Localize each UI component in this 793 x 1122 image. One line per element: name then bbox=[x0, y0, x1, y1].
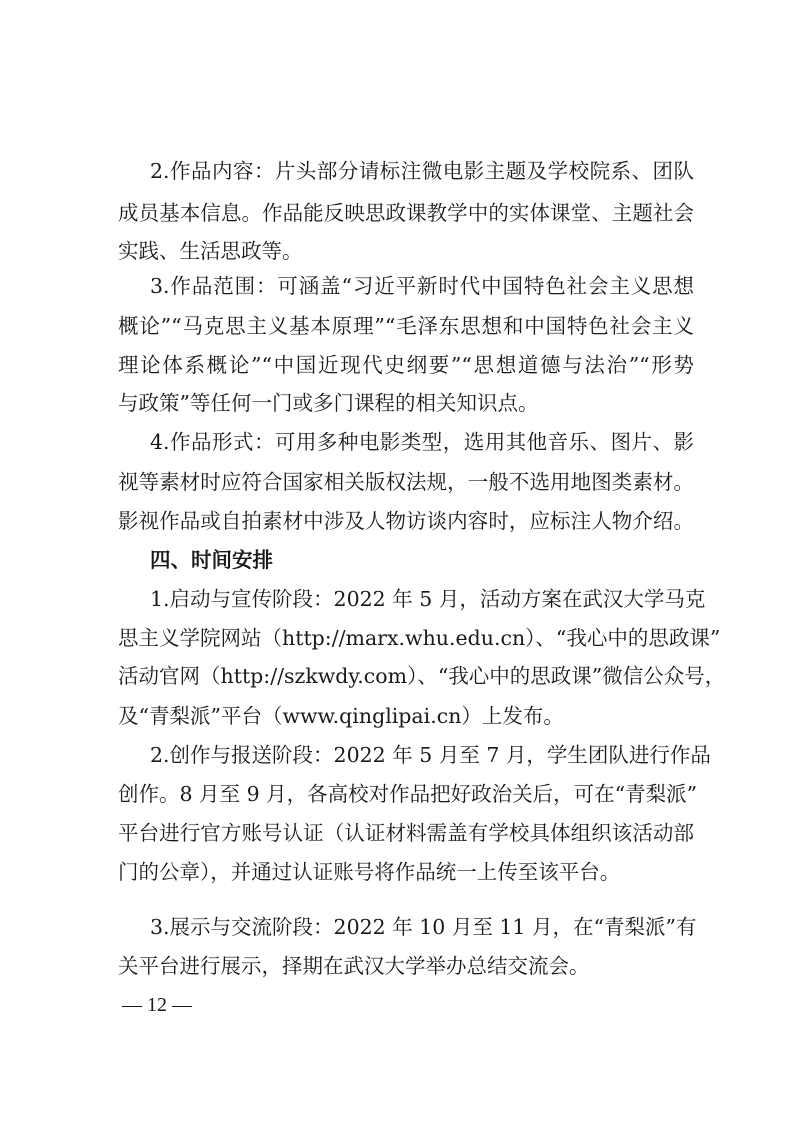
text-line: 3.展示与交流阶段：2022 年 10 月至 11 月，在“青梨派”有 bbox=[150, 914, 694, 940]
text-line: 创作。8 月至 9 月，各高校对作品把好政治关后，可在“青梨派” bbox=[118, 781, 694, 807]
text-line: 2.创作与报送阶段：2022 年 5 月至 7 月，学生团队进行作品 bbox=[150, 742, 694, 768]
text-line: 概论”“马克思主义基本原理”“毛泽东思想和中国特色社会主义 bbox=[118, 313, 694, 339]
text-line: 1.启动与宣传阶段：2022 年 5 月，活动方案在武汉大学马克 bbox=[150, 586, 694, 612]
text-line: 2.作品内容：片头部分请标注微电影主题及学校院系、团队 bbox=[150, 158, 694, 184]
text-line: 门的公章），并通过认证账号将作品统一上传至该平台。 bbox=[118, 859, 694, 885]
text-line: 实践、生活思政等。 bbox=[118, 238, 694, 264]
page-number: — 12 — bbox=[122, 992, 192, 1018]
text-line: 影视作品或自拍素材中涉及人物访谈内容时，应标注人物介绍。 bbox=[118, 508, 694, 534]
section-heading-schedule: 四、时间安排 bbox=[150, 547, 273, 573]
text-line: 3.作品范围：可涵盖“习近平新时代中国特色社会主义思想 bbox=[150, 273, 694, 299]
text-line: 及“青梨派”平台（www.qinglipai.cn）上发布。 bbox=[118, 703, 694, 729]
text-line: 理论体系概论”“中国近现代史纲要”“思想道德与法治”“形势 bbox=[118, 352, 694, 378]
text-line: 4.作品形式：可用多种电影类型，选用其他音乐、图片、影 bbox=[150, 429, 694, 455]
text-line: 平台进行官方账号认证（认证材料需盖有学校具体组织该活动部 bbox=[118, 820, 694, 846]
text-line: 关平台进行展示，择期在武汉大学举办总结交流会。 bbox=[118, 953, 694, 979]
text-line: 活动官网（http://szkwdy.com）、“我心中的思政课”微信公众号， bbox=[118, 663, 694, 689]
text-line: 成员基本信息。作品能反映思政课教学中的实体课堂、主题社会 bbox=[118, 200, 694, 226]
text-line: 视等素材时应符合国家相关版权法规，一般不选用地图类素材。 bbox=[118, 469, 694, 495]
text-line: 思主义学院网站（http://marx.whu.edu.cn）、“我心中的思政课… bbox=[118, 625, 694, 651]
text-line: 与政策”等任何一门或多门课程的相关知识点。 bbox=[118, 390, 694, 416]
document-page: 2.作品内容：片头部分请标注微电影主题及学校院系、团队 成员基本信息。作品能反映… bbox=[0, 0, 793, 1122]
